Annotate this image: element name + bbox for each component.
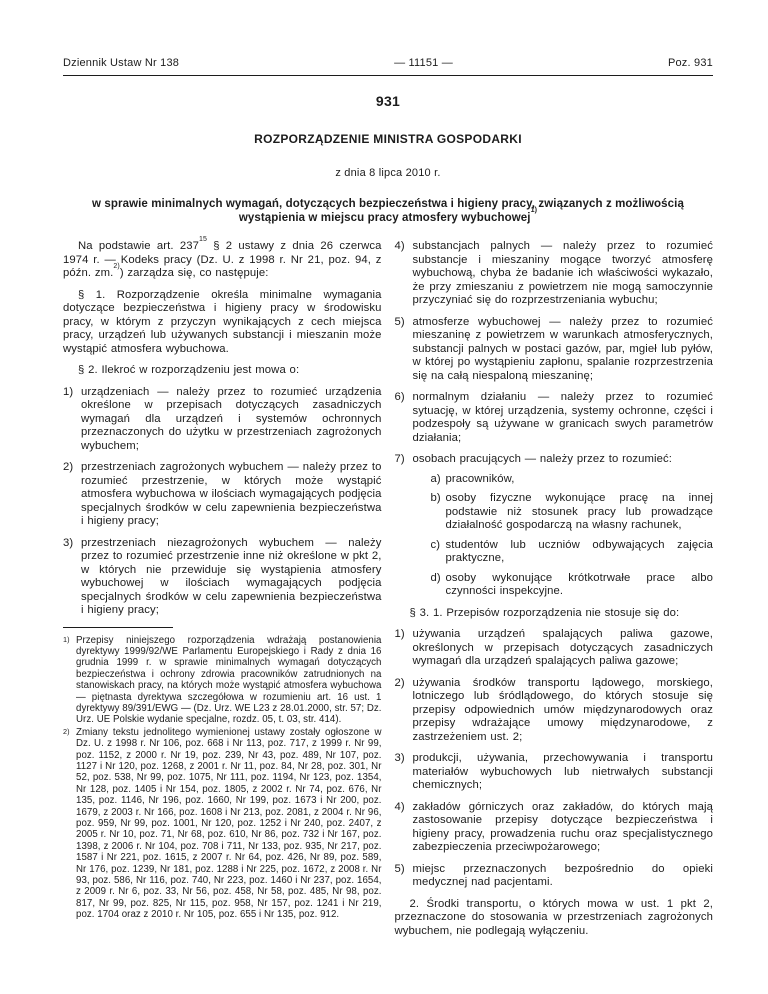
footnote-separator-rule [63, 627, 173, 628]
footnote-ref-2: 2) [113, 263, 119, 270]
sub-list-item: a) pracowników, [431, 473, 714, 487]
list-item: 1) używania urządzeń spalających paliwa … [395, 628, 714, 669]
footnote-marker: 1) [63, 634, 76, 725]
sub-list-text: osoby fizyczne wykonujące pracę na innej… [446, 492, 714, 533]
list-item-text: przestrzeniach niezagrożonych wybuchem —… [81, 537, 382, 618]
act-date: z dnia 8 lipca 2010 r. [63, 167, 713, 179]
act-number: 931 [63, 93, 713, 109]
header-rule [63, 75, 713, 76]
list-item-text: przestrzeniach zagrożonych wybuchem — na… [81, 461, 382, 529]
list-marker: 2) [395, 677, 413, 745]
list-marker: 5) [395, 316, 413, 384]
footnote-text: Przepisy niniejszego rozporządzenia wdra… [76, 635, 382, 726]
left-column: Na podstawie art. 23715 § 2 ustawy z dni… [63, 240, 382, 946]
footnote-2: 2) Zmiany tekstu jednolitego wymienionej… [63, 727, 382, 921]
list-item-text: normalnym działaniu — należy przez to ro… [413, 391, 714, 445]
paragraph-final: 2. Środki transportu, o których mowa w u… [395, 898, 714, 939]
sub-list-text: osoby wykonujące krótkotrwałe prace albo… [446, 572, 714, 599]
intro-paragraph: Na podstawie art. 23715 § 2 ustawy z dni… [63, 240, 382, 281]
list-item: 3) przestrzeniach niezagrożonych wybuche… [63, 537, 382, 618]
header-position-number: Poz. 931 [668, 57, 713, 69]
footnote-text: Zmiany tekstu jednolitego wymienionej us… [76, 727, 382, 921]
title-block: 931 ROZPORZĄDZENIE MINISTRA GOSPODARKI z… [63, 93, 713, 225]
list-item-text: produkcji, używania, przechowywania i tr… [413, 752, 714, 793]
footnote-ref-1: 1) [531, 206, 538, 214]
list-item: 3) produkcji, używania, przechowywania i… [395, 752, 714, 793]
list-item-text: miejsc przeznaczonych bezpośrednio do op… [413, 863, 714, 890]
sub-list-item: d) osoby wykonujące krótkotrwałe prace a… [431, 572, 714, 599]
list-marker: 6) [395, 391, 413, 445]
list-marker: 4) [395, 240, 413, 308]
list-item-7: 7) osobach pracujących — należy przez to… [395, 453, 714, 599]
paragraph-s3: § 3. 1. Przepisów rozporządzenia nie sto… [395, 607, 714, 621]
paragraph-s2: § 2. Ilekroć w rozporządzeniu jest mowa … [63, 364, 382, 378]
list-marker: 3) [395, 752, 413, 793]
page-header: Dziennik Ustaw Nr 138 — 11151 — Poz. 931 [63, 57, 713, 69]
list-item-text: używania urządzeń spalających paliwa gaz… [413, 628, 714, 669]
footnote-1: 1) Przepisy niniejszego rozporządzenia w… [63, 635, 382, 726]
list-item: 2) przestrzeniach zagrożonych wybuchem —… [63, 461, 382, 529]
sub-list-text: pracowników, [446, 473, 714, 487]
superscript-237-15: 15 [199, 236, 207, 243]
list-marker: 4) [395, 801, 413, 855]
two-column-body: Na podstawie art. 23715 § 2 ustawy z dni… [63, 240, 713, 946]
header-journal-title: Dziennik Ustaw Nr 138 [63, 57, 179, 69]
list-marker: 1) [395, 628, 413, 669]
act-title: ROZPORZĄDZENIE MINISTRA GOSPODARKI [63, 132, 713, 146]
list-item: 5) miejsc przeznaczonych bezpośrednio do… [395, 863, 714, 890]
list-item-text: zakładów górniczych oraz zakładów, do kt… [413, 801, 714, 855]
document-page: Dziennik Ustaw Nr 138 — 11151 — Poz. 931… [0, 0, 768, 994]
list-marker: 7) [395, 453, 413, 599]
list-item-text: osobach pracujących — należy przez to ro… [413, 453, 714, 599]
list-item-text: używania środków transportu lądowego, mo… [413, 677, 714, 745]
header-page-number: — 11151 — [394, 57, 453, 69]
sub-list-marker: a) [431, 473, 446, 487]
list-item: 6) normalnym działaniu — należy przez to… [395, 391, 714, 445]
sub-list-text: studentów lub uczniów odbywających zajęc… [446, 539, 714, 566]
right-column: 4) substancjach palnych — należy przez t… [395, 240, 714, 946]
list-item-text: substancjach palnych — należy przez to r… [413, 240, 714, 308]
list-item: 4) substancjach palnych — należy przez t… [395, 240, 714, 308]
list-item-text: atmosferze wybuchowej — należy przez to … [413, 316, 714, 384]
list-item: 2) używania środków transportu lądowego,… [395, 677, 714, 745]
list-marker: 1) [63, 386, 81, 454]
list-item: 5) atmosferze wybuchowej — należy przez … [395, 316, 714, 384]
footnote-marker: 2) [63, 726, 76, 920]
sub-list-item: b) osoby fizyczne wykonujące pracę na in… [431, 492, 714, 533]
list-item: 4) zakładów górniczych oraz zakładów, do… [395, 801, 714, 855]
list-item-text: urządzeniach — należy przez to rozumieć … [81, 386, 382, 454]
sub-list-item: c) studentów lub uczniów odbywających za… [431, 539, 714, 566]
sub-list-marker: c) [431, 539, 446, 566]
list-marker: 5) [395, 863, 413, 890]
paragraph-s1: § 1. Rozporządzenie określa minimalne wy… [63, 289, 382, 357]
act-subject: w sprawie minimalnych wymagań, dotyczący… [73, 198, 703, 225]
sub-list-marker: d) [431, 572, 446, 599]
list-marker: 3) [63, 537, 81, 618]
sub-list-marker: b) [431, 492, 446, 533]
list-item: 1) urządzeniach — należy przez to rozumi… [63, 386, 382, 454]
list-marker: 2) [63, 461, 81, 529]
